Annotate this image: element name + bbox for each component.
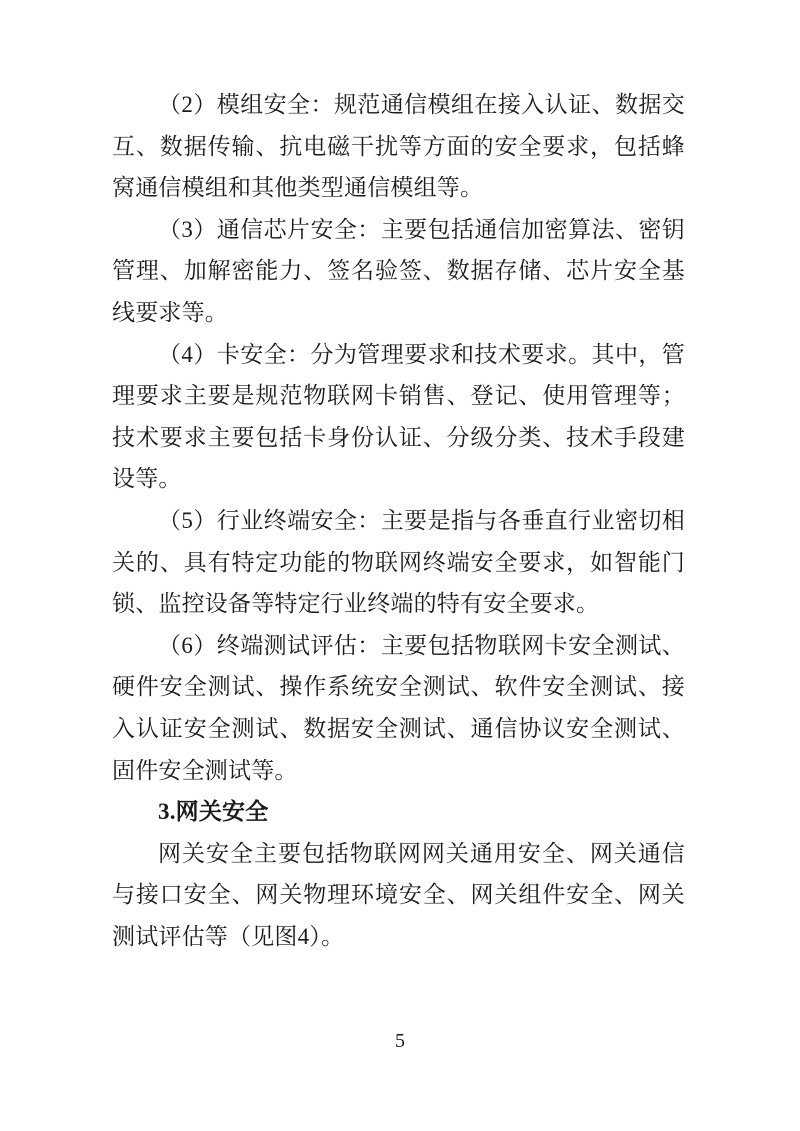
paragraph-comm-chip-security: （3）通信芯片安全：主要包括通信加密算法、密钥管理、加解密能力、签名验签、数据存… bbox=[112, 209, 685, 334]
paragraph-card-security: （4）卡安全：分为管理要求和技术要求。其中，管理要求主要是规范物联网卡销售、登记… bbox=[112, 334, 685, 500]
paragraph-industry-terminal-security: （5）行业终端安全：主要是指与各垂直行业密切相关的、具有特定功能的物联网终端安全… bbox=[112, 500, 685, 625]
page-number: 5 bbox=[395, 1030, 405, 1052]
paragraph-module-security: （2）模组安全：规范通信模组在接入认证、数据交互、数据传输、抗电磁干扰等方面的安… bbox=[112, 84, 685, 209]
page-footer: 5 bbox=[0, 1026, 800, 1056]
paragraph-gateway-security-overview: 网关安全主要包括物联网网关通用安全、网关通信与接口安全、网关物理环境安全、网关组… bbox=[112, 833, 685, 958]
document-body: （2）模组安全：规范通信模组在接入认证、数据交互、数据传输、抗电磁干扰等方面的安… bbox=[112, 84, 685, 957]
document-page: （2）模组安全：规范通信模组在接入认证、数据交互、数据传输、抗电磁干扰等方面的安… bbox=[0, 0, 800, 1131]
section-heading-gateway-security: 3.网关安全 bbox=[112, 791, 685, 833]
paragraph-terminal-test-evaluation: （6）终端测试评估：主要包括物联网卡安全测试、硬件安全测试、操作系统安全测试、软… bbox=[112, 625, 685, 791]
